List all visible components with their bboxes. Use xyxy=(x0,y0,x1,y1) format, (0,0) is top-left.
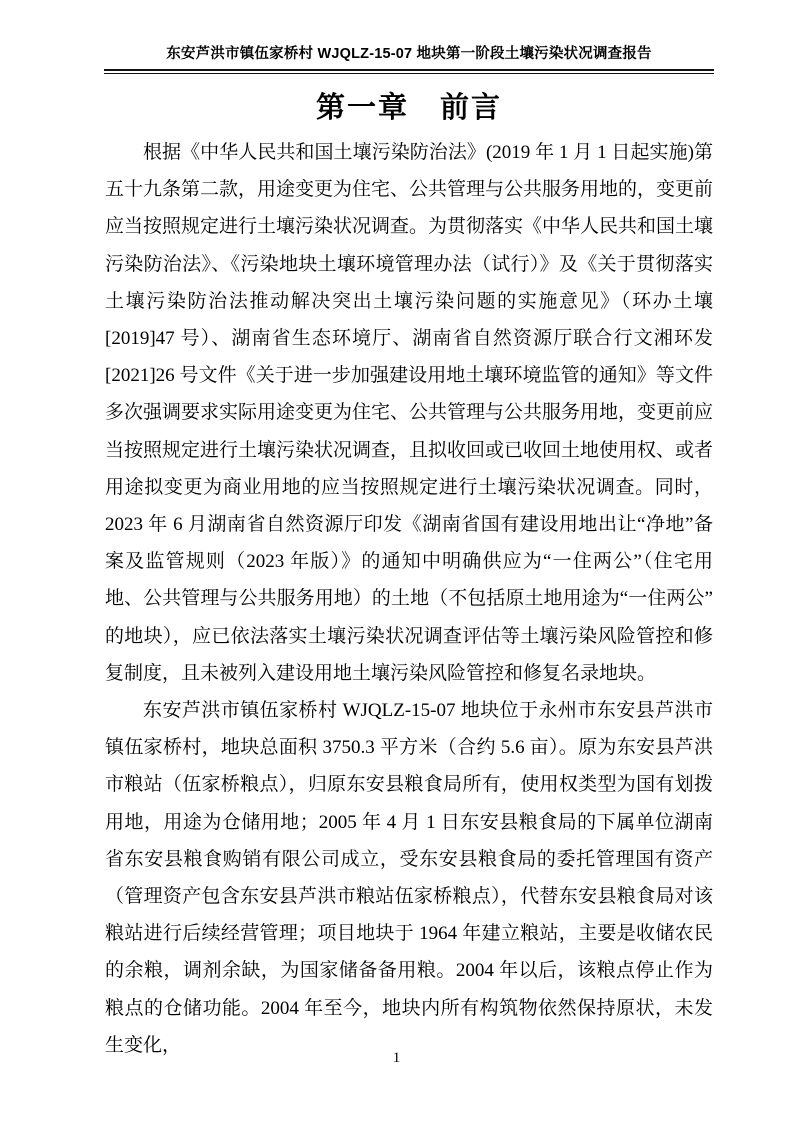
chapter-body: 根据《中华人民共和国土壤污染防治法》(2019 年 1 月 1 日起实施)第五十… xyxy=(105,134,713,1064)
chapter-title: 第一章 前言 xyxy=(105,88,713,128)
paragraph-site-description: 东安芦洪市镇伍家桥村 WJQLZ-15-07 地块位于永州市东安县芦洪市镇伍家桥… xyxy=(105,692,713,1064)
running-header-title: 东安芦洪市镇伍家桥村 WJQLZ-15-07 地块第一阶段土壤污染状况调查报告 xyxy=(105,45,713,63)
page-number: 1 xyxy=(0,1048,793,1068)
header-divider-rule xyxy=(104,69,714,74)
report-page: 东安芦洪市镇伍家桥村 WJQLZ-15-07 地块第一阶段土壤污染状况调查报告 … xyxy=(0,0,793,1122)
paragraph-legal-basis: 根据《中华人民共和国土壤污染防治法》(2019 年 1 月 1 日起实施)第五十… xyxy=(105,134,713,692)
